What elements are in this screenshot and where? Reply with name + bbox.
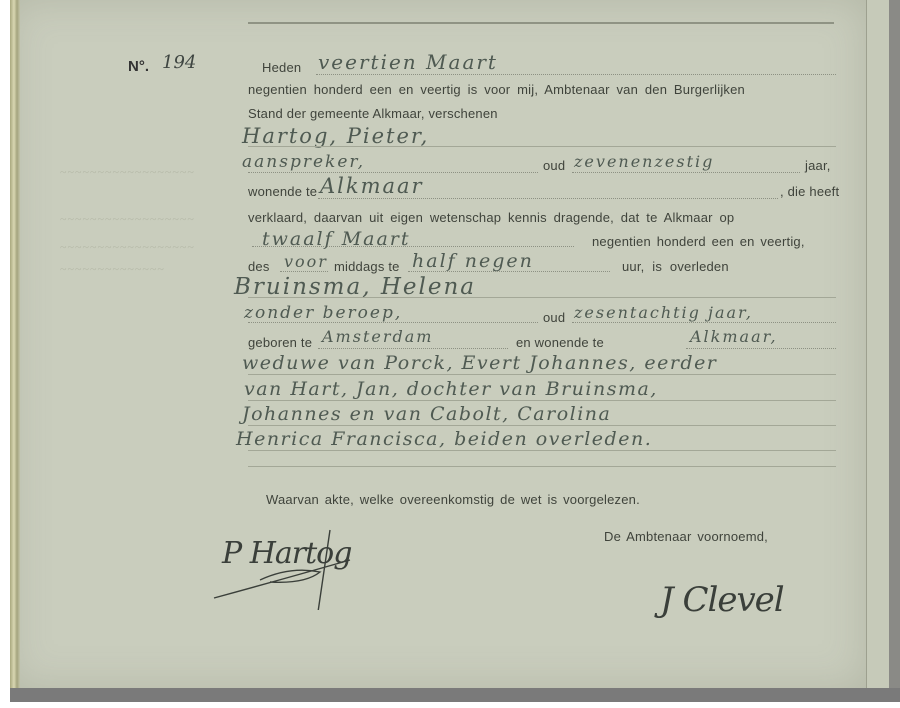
bleed-through-text: ~~~~~~~~~~~~~~~~~~ — [60, 212, 195, 227]
date-handwritten: veertien Maart — [318, 50, 498, 74]
deceased-occupation: zonder beroep, — [244, 303, 402, 323]
fill-line — [248, 450, 836, 451]
signature-flourish-icon — [210, 520, 410, 610]
declarant-age: zevenenzestig — [574, 152, 714, 171]
signature-official-text: J Clevel — [660, 580, 784, 620]
birthplace: Amsterdam — [322, 327, 433, 346]
fill-line — [572, 322, 836, 324]
death-year-printed: negentien honderd een en veertig, — [592, 234, 805, 249]
fill-line — [318, 198, 778, 200]
page-shadow-bottom — [10, 688, 900, 702]
bleed-through-text: ~~~~~~~~~~~~~~~~~~ — [60, 240, 195, 255]
wonende-label: wonende te — [248, 184, 317, 199]
record-number-label: N°. — [128, 58, 149, 75]
fill-line — [248, 322, 538, 324]
fill-line — [408, 271, 610, 273]
fill-line — [318, 348, 508, 350]
relations-line-2: van Hart, Jan, dochter van Bruinsma, — [244, 378, 658, 400]
residence: Alkmaar, — [690, 327, 778, 346]
relations-line-1: weduwe van Porck, Evert Johannes, eerder — [242, 352, 717, 374]
fill-line — [686, 348, 836, 350]
declarant-name: Hartog, Pieter, — [242, 124, 429, 148]
declarant-occupation: aanspreker, — [242, 152, 365, 172]
bleed-through-text: ~~~~~~~~~~~~~~ — [60, 262, 165, 277]
text-line: Stand der gemeente Alkmaar, verschenen — [248, 106, 498, 121]
deceased-age: zesentachtig jaar, — [574, 303, 753, 322]
oud-label: oud — [543, 310, 565, 325]
relations-line-4: Henrica Francisca, beiden overleden. — [236, 428, 652, 450]
page-shadow-right — [888, 0, 900, 702]
relations-line-3: Johannes en van Cabolt, Carolina — [242, 403, 611, 425]
fill-line — [280, 271, 328, 273]
text-line: verklaard, daarvan uit eigen wetenschap … — [248, 210, 734, 225]
middags-label: middags te — [334, 259, 400, 274]
time-handwritten: half negen — [412, 250, 534, 272]
en-wonende-label: en wonende te — [516, 335, 604, 350]
text-line: negentien honderd een en veertig is voor… — [248, 82, 745, 97]
oud-label: oud — [543, 158, 565, 173]
heden-label: Heden — [262, 60, 301, 75]
fill-line — [248, 146, 836, 147]
jaar-label: jaar, — [805, 158, 831, 173]
fill-line — [572, 172, 800, 174]
voor-handwritten: voor — [284, 252, 328, 271]
official-label: De Ambtenaar voornoemd, — [604, 529, 768, 544]
fill-line — [252, 246, 574, 248]
des-label: des — [248, 259, 270, 274]
next-page-edge — [866, 0, 889, 688]
record-number-value: 194 — [162, 52, 196, 73]
closing-statement: Waarvan akte, welke overeenkomstig de we… — [266, 492, 640, 507]
uur-label: uur, is overleden — [622, 259, 729, 274]
fill-line — [316, 74, 836, 76]
book-binding — [10, 0, 20, 688]
fill-line — [248, 400, 836, 401]
fill-line — [248, 374, 836, 375]
bleed-through-text: ~~~~~~~~~~~~~~~~~~ — [60, 165, 195, 180]
die-heeft-label: , die heeft — [780, 184, 839, 199]
fill-line — [248, 466, 836, 467]
fill-line — [248, 297, 836, 298]
header-rule — [248, 22, 834, 24]
fill-line — [248, 425, 836, 426]
geboren-label: geboren te — [248, 335, 312, 350]
declarant-residence: Alkmaar — [320, 174, 424, 198]
